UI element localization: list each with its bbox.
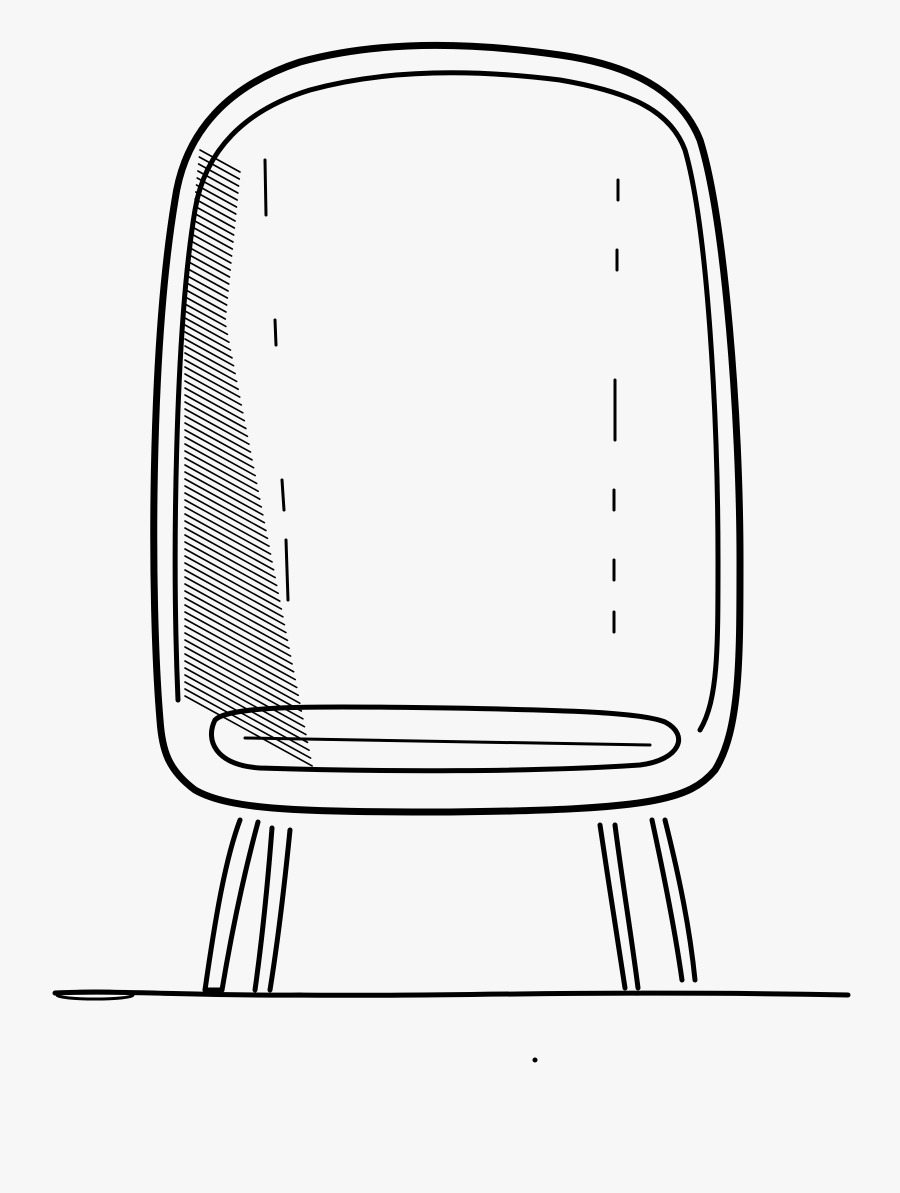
ink-dot: [533, 1058, 538, 1063]
chair-legs: [205, 820, 695, 990]
seam-lines: [265, 160, 618, 632]
chair-shell-outer: [154, 45, 740, 812]
floor-line: [55, 992, 848, 995]
chair-shell-inner: [175, 73, 718, 730]
sketch-canvas: [0, 0, 900, 1193]
chair-sketch: [0, 0, 900, 1193]
shade-hatching: [185, 150, 312, 766]
